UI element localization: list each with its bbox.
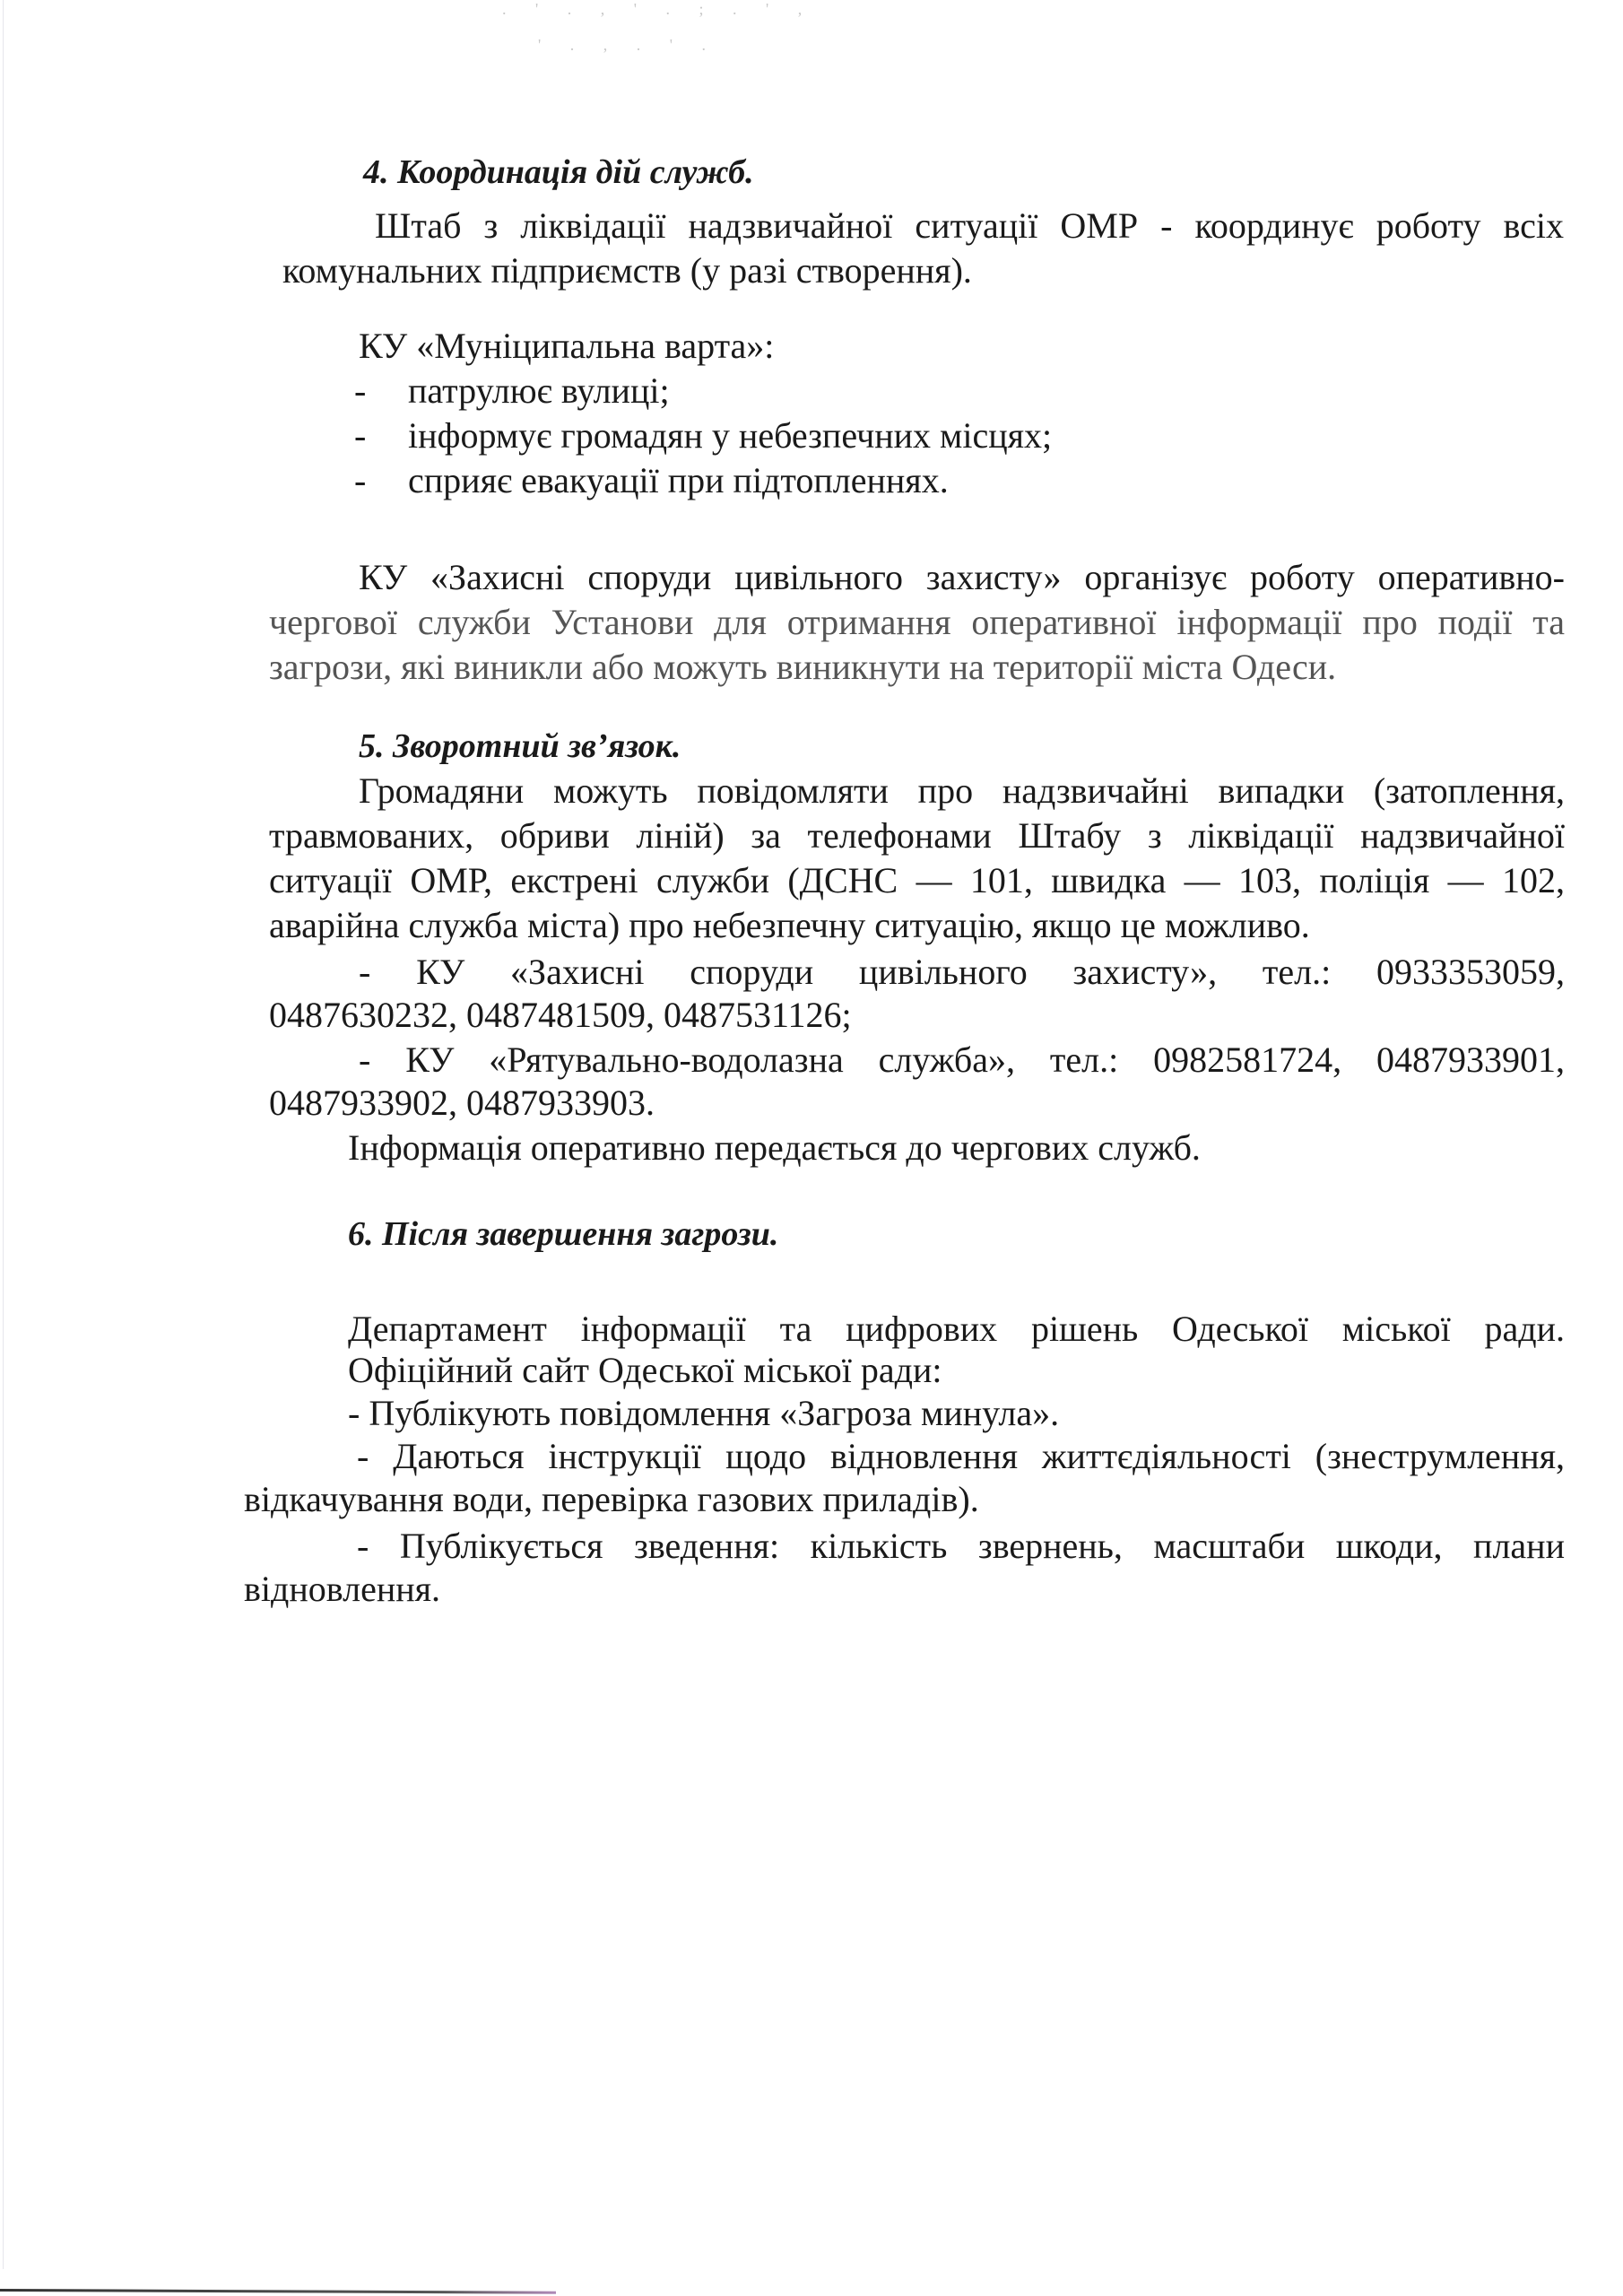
- bleed-through-noise: . ' . , ' . ; . ' ,: [502, 0, 814, 19]
- section-5-paragraph-line: аварійна служба міста) про небезпечну си…: [269, 904, 1310, 947]
- contact-rescue-line: - КУ «Рятувально-водолазна служба», тел.…: [359, 1039, 1565, 1082]
- varta-list-item: сприяє евакуації при підтопленнях.: [408, 459, 949, 502]
- after-threat-item: - Публікують повідомлення «Загроза минул…: [348, 1392, 1059, 1435]
- scanned-page: . ' . , ' . ; . ' , ' . , . ' . 4. Коорд…: [0, 0, 1623, 2296]
- after-threat-item-continuation: відновлення.: [244, 1568, 440, 1611]
- department-line: Департамент інформації та цифрових рішен…: [348, 1308, 1565, 1351]
- varta-list-item: патрулює вулиці;: [408, 370, 670, 413]
- section-6-heading: 6. Після завершення загрози.: [348, 1213, 778, 1256]
- scan-edge-bottom: [0, 2289, 556, 2294]
- varta-list-item: інформує громадян у небезпечних місцях;: [408, 414, 1052, 457]
- shelter-paragraph-line: чергової служби Установи для отримання о…: [269, 601, 1565, 644]
- bullet-dash-icon: -: [354, 459, 366, 502]
- contact-shelters-phones: 0487630232, 0487481509, 0487531126;: [269, 994, 852, 1037]
- section-4-intro-line: комунальних підприємств (у разі створенн…: [282, 249, 972, 292]
- contact-rescue-phones: 0487933902, 0487933903.: [269, 1082, 655, 1125]
- shelter-paragraph-line: КУ «Захисні споруди цивільного захисту» …: [359, 556, 1565, 599]
- section-5-paragraph-line: Громадяни можуть повідомляти про надзвич…: [359, 770, 1565, 813]
- bleed-through-noise: ' . , . ' .: [538, 36, 718, 55]
- after-threat-item: - Публікується зведення: кількість зверн…: [357, 1525, 1565, 1568]
- official-site-line: Офіційний сайт Одеської міської ради:: [348, 1349, 942, 1392]
- shelter-paragraph-line: загрози, які виникли або можуть виникнут…: [269, 646, 1336, 689]
- after-threat-item: - Даються інструкції щодо відновлення жи…: [357, 1435, 1565, 1478]
- bullet-dash-icon: -: [354, 414, 366, 457]
- section-5-closing: Інформація оперативно передається до чер…: [348, 1126, 1201, 1170]
- scan-edge-left: [3, 0, 4, 2269]
- section-5-paragraph-line: ситуації ОМР, екстрені служби (ДСНС — 10…: [269, 859, 1565, 902]
- section-4-heading: 4. Координація дій служб.: [363, 151, 754, 194]
- section-5-heading: 5. Зворотний зв’язок.: [359, 725, 681, 768]
- after-threat-item-continuation: відкачування води, перевірка газових при…: [244, 1478, 979, 1521]
- varta-title: КУ «Муніципальна варта»:: [359, 325, 774, 368]
- section-4-intro-line: Штаб з ліквідації надзвичайної ситуації …: [375, 204, 1564, 248]
- contact-shelters-line: - КУ «Захисні споруди цивільного захисту…: [359, 951, 1565, 994]
- section-5-paragraph-line: травмованих, обриви ліній) за телефонами…: [269, 814, 1565, 857]
- bullet-dash-icon: -: [354, 370, 366, 413]
